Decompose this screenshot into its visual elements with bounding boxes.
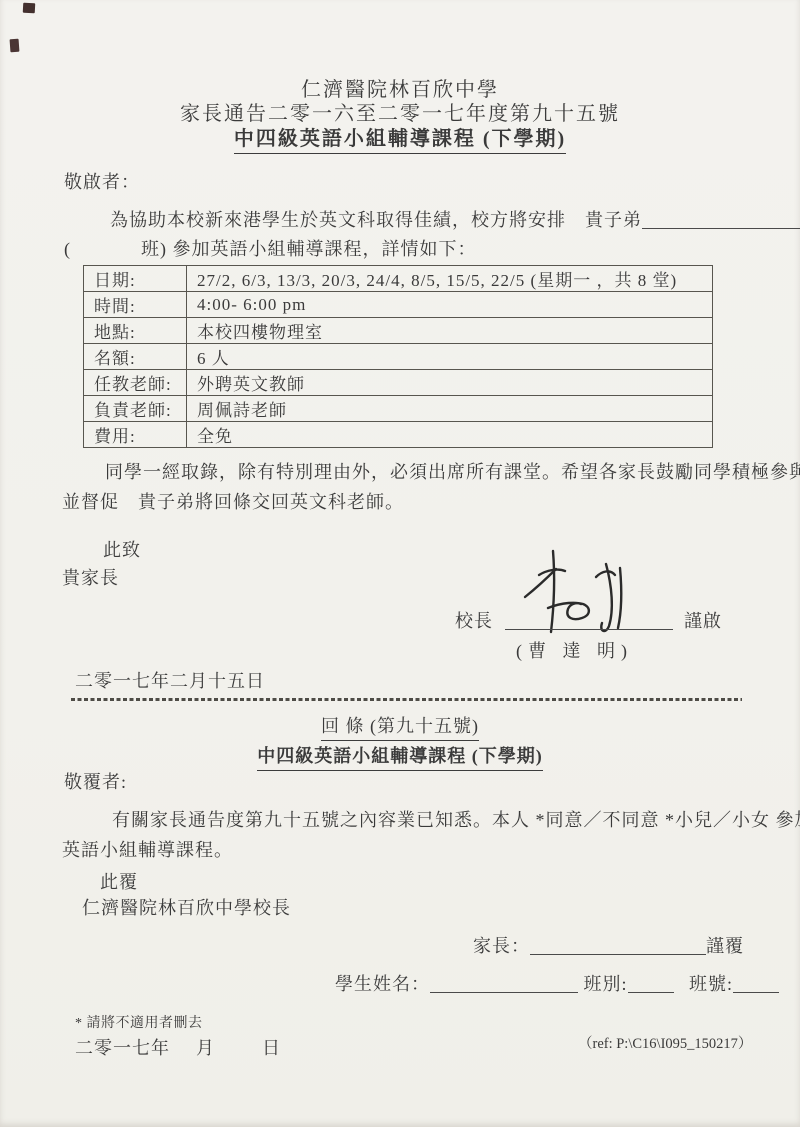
closing-recipient: 貴家長 <box>62 568 119 590</box>
principal-sign-line: 校長 謹啟 <box>455 611 722 633</box>
table-row-venue: 地點:本校四樓物理室 <box>84 318 713 344</box>
note-line2: 並督促 貴子弟將回條交回英文科老師。 <box>62 492 404 514</box>
footnote-delete-inapplicable: * 請將不適用者刪去 <box>75 1016 203 1033</box>
reply-date-year: 二零一七年 <box>75 1038 170 1060</box>
tear-off-dashed-line <box>71 698 742 701</box>
school-name: 仁濟醫院林百欣中學 <box>0 78 800 102</box>
table-row-tutor: 任教老師:外聘英文教師 <box>84 370 713 396</box>
scan-artifact-mark <box>10 39 20 53</box>
class-label: 班別: <box>584 974 628 994</box>
reply-date-day: 日 <box>262 1038 281 1060</box>
table-row-teacher-in-charge: 負責老師:周佩詩老師 <box>84 396 713 422</box>
reply-salutation: 敬覆者: <box>64 772 127 794</box>
table-row-date: 日期:27/2, 6/3, 13/3, 20/3, 24/4, 8/5, 15/… <box>84 266 713 292</box>
reply-date-month: 月 <box>196 1038 215 1060</box>
reference-code: （ref: P:\C16\I095_150217） <box>578 1036 752 1053</box>
principal-signature-blank <box>505 612 673 630</box>
notice-number-line: 家長通告二零一六至二零一七年度第九十五號 <box>0 102 800 126</box>
student-info-line: 學生姓名： 班別: 班號: <box>335 974 779 996</box>
reply-slip-title: 回 條 (第九十五號) <box>0 716 800 741</box>
reply-slip-subject: 中四級英語小組輔導課程 (下學期) <box>0 746 800 771</box>
table-row-quota: 名額:6 人 <box>84 344 713 370</box>
class-blank <box>628 975 674 993</box>
reply-body-line1: 有關家長通告度第九十五號之內容業已知悉。本人 *同意／不同意 *小兒／小女 參加 <box>112 810 800 832</box>
principal-closing: 謹啟 <box>684 611 722 631</box>
reply-body-line2: 英語小組輔導課程。 <box>62 840 233 862</box>
reply-to-principal: 仁濟醫院林百欣中學校長 <box>82 898 291 920</box>
reply-cifu: 此覆 <box>100 872 138 894</box>
principal-label: 校長 <box>455 611 493 631</box>
parent-signature-blank <box>530 937 706 955</box>
parent-label: 家長： <box>473 936 530 956</box>
student-name-label: 學生姓名： <box>335 974 430 994</box>
course-details-table: 日期:27/2, 6/3, 13/3, 20/3, 24/4, 8/5, 15/… <box>83 265 713 448</box>
closing-cizhi: 此致 <box>103 540 141 562</box>
class-no-label: 班號: <box>689 974 733 994</box>
table-row-time: 時間:4:00- 6:00 pm <box>84 292 713 318</box>
notice-subject-title: 中四級英語小組輔導課程 (下學期) <box>0 127 800 154</box>
table-row-fee: 費用:全免 <box>84 422 713 448</box>
note-line1: 同學一經取錄，除有特別理由外，必須出席所有課堂。希望各家長鼓勵同學積極參與。 <box>105 462 800 484</box>
salutation: 敬啟者： <box>64 172 140 194</box>
scan-artifact-mark <box>23 3 36 14</box>
class-no-blank <box>733 975 779 993</box>
intro-line2: (班) 參加英語小組輔導課程，詳情如下： <box>64 239 477 261</box>
parent-sign-line: 家長：謹覆 <box>473 936 744 958</box>
student-name-blank <box>642 211 800 229</box>
scanned-notice-page: { "page": { "bg_color": "#f2f1ec", "text… <box>0 0 800 1127</box>
principal-name: (曹 達 明) <box>516 641 633 663</box>
issue-date: 二零一七年二月十五日 <box>75 671 265 693</box>
intro-line1: 為協助本校新來港學生於英文科取得佳績，校方將安排 貴子弟 <box>110 210 800 232</box>
student-name-blank2 <box>430 975 578 993</box>
parent-closing: 謹覆 <box>706 936 744 956</box>
